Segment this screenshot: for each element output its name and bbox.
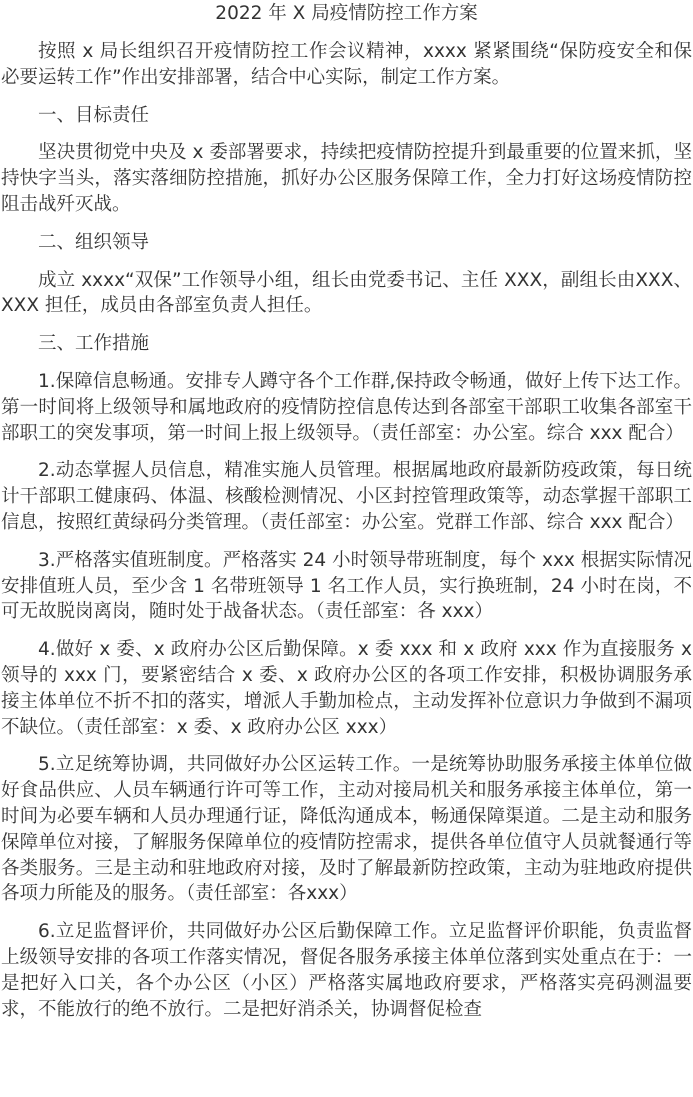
section-goals: 一、目标责任 坚决贯彻党中央及 x 委部署要求，持续把疫情防控提升到最重要的位置… — [1, 103, 692, 218]
section-heading: 一、目标责任 — [1, 103, 692, 129]
document-title: 2022 年 X 局疫情防控工作方案 — [1, 0, 692, 27]
section-heading: 二、组织领导 — [1, 230, 692, 256]
section-paragraph: 坚决贯彻党中央及 x 委部署要求，持续把疫情防控提升到最重要的位置来抓，坚持快字… — [1, 140, 692, 217]
measure-item-5: 5.立足统筹协调，共同做好办公区运转工作。一是统筹协助服务承接主体单位做好食品供… — [1, 752, 692, 907]
section-heading: 三、工作措施 — [1, 331, 692, 357]
measure-item-1: 1.保障信息畅通。安排专人蹲守各个工作群,保持政令畅通，做好上传下达工作。第一时… — [1, 369, 692, 446]
measure-item-4: 4.做好 x 委、x 政府办公区后勤保障。x 委 xxx 和 x 政府 xxx … — [1, 637, 692, 740]
document-page: 2022 年 X 局疫情防控工作方案 按照 x 局长组织召开疫情防控工作会议精神… — [0, 0, 693, 1022]
measure-item-6: 6.立足监督评价，共同做好办公区后勤保障工作。立足监督评价职能，负责监督上级领导… — [1, 919, 692, 1022]
section-paragraph: 成立 xxxx“双保”工作领导小组，组长由党委书记、主任 XXX，副组长由XXX… — [1, 268, 692, 320]
section-organization: 二、组织领导 成立 xxxx“双保”工作领导小组，组长由党委书记、主任 XXX，… — [1, 230, 692, 319]
measure-item-3: 3.严格落实值班制度。严格落实 24 小时领导带班制度，每个 xxx 根据实际情… — [1, 548, 692, 625]
measure-item-2: 2.动态掌握人员信息，精准实施人员管理。根据属地政府最新防疫政策，每日统计干部职… — [1, 458, 692, 535]
intro-paragraph: 按照 x 局长组织召开疫情防控工作会议精神，xxxx 紧紧围绕“保防疫安全和保必… — [1, 39, 692, 91]
section-measures: 三、工作措施 1.保障信息畅通。安排专人蹲守各个工作群,保持政令畅通，做好上传下… — [1, 331, 692, 1022]
